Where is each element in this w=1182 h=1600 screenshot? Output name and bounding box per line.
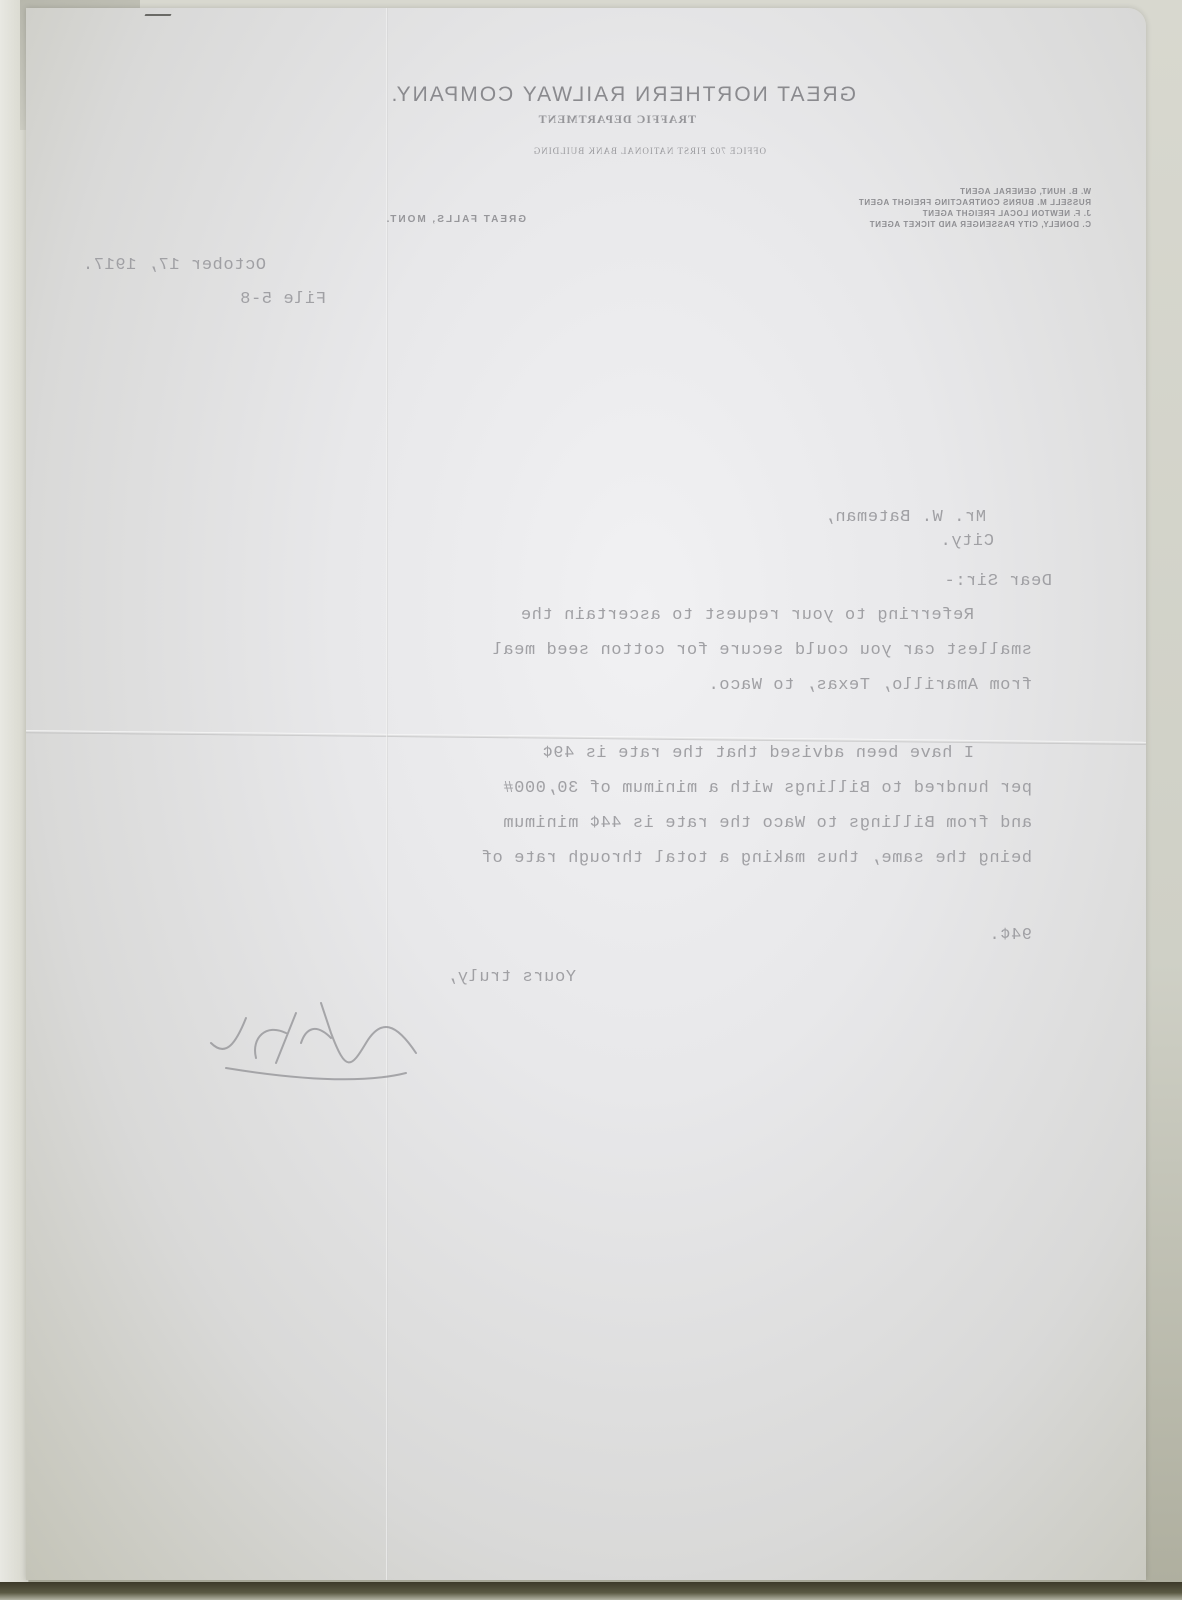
closing: Yours truly, [446, 968, 576, 987]
addressee-city: City. [940, 532, 994, 551]
letterhead-department: TRAFFIC DEPARTMENT [538, 112, 696, 127]
officer-line: RUSSELL M. BURNS CONTRACTING FREIGHT AGE… [858, 197, 1091, 208]
handwritten-signature [196, 983, 426, 1093]
officer-line: J. F. NEWTON LOCAL FREIGHT AGENT [858, 208, 1091, 219]
letter-date: October 17, 1917. [82, 256, 266, 275]
body-line: Referring to your request to ascertain t… [520, 606, 974, 625]
body-line: smallest car you could secure for cotton… [492, 641, 1032, 660]
body-line: and from Billings to Waco the rate is 44… [503, 814, 1032, 833]
officer-line: C. DONELY, CITY PASSENGER AND TICKET AGE… [858, 219, 1091, 230]
underlying-sheet-edge [0, 0, 29, 1600]
body-line: from Amarillo, Texas, to Waco. [708, 676, 1032, 695]
file-reference: File 5-8 [240, 290, 326, 309]
letterhead-address: OFFICE 702 FIRST NATIONAL BANK BUILDING [533, 146, 766, 156]
letterhead-officers: W. B. HUNT, GENERAL AGENT RUSSELL M. BUR… [858, 186, 1091, 230]
body-line: per hundred to Billings with a minimum o… [503, 779, 1032, 798]
letterhead-company: GREAT NORTHERN RAILWAY COMPANY. [389, 83, 856, 107]
mirrored-letter-content: GREAT NORTHERN RAILWAY COMPANY. TRAFFIC … [26, 8, 1146, 1580]
body-line: I have been advised that the rate is 49¢ [542, 744, 974, 763]
body-line: 94¢. [989, 926, 1032, 945]
officer-line: W. B. HUNT, GENERAL AGENT [858, 186, 1091, 197]
addressee-name: Mr. W. Bateman, [824, 508, 986, 527]
salutation: Dear Sir:- [944, 572, 1052, 591]
body-line: being the same, thus making a total thro… [481, 849, 1032, 868]
table-edge-shadow [0, 1582, 1182, 1600]
letterhead-city: GREAT FALLS, MONT. [385, 214, 526, 225]
